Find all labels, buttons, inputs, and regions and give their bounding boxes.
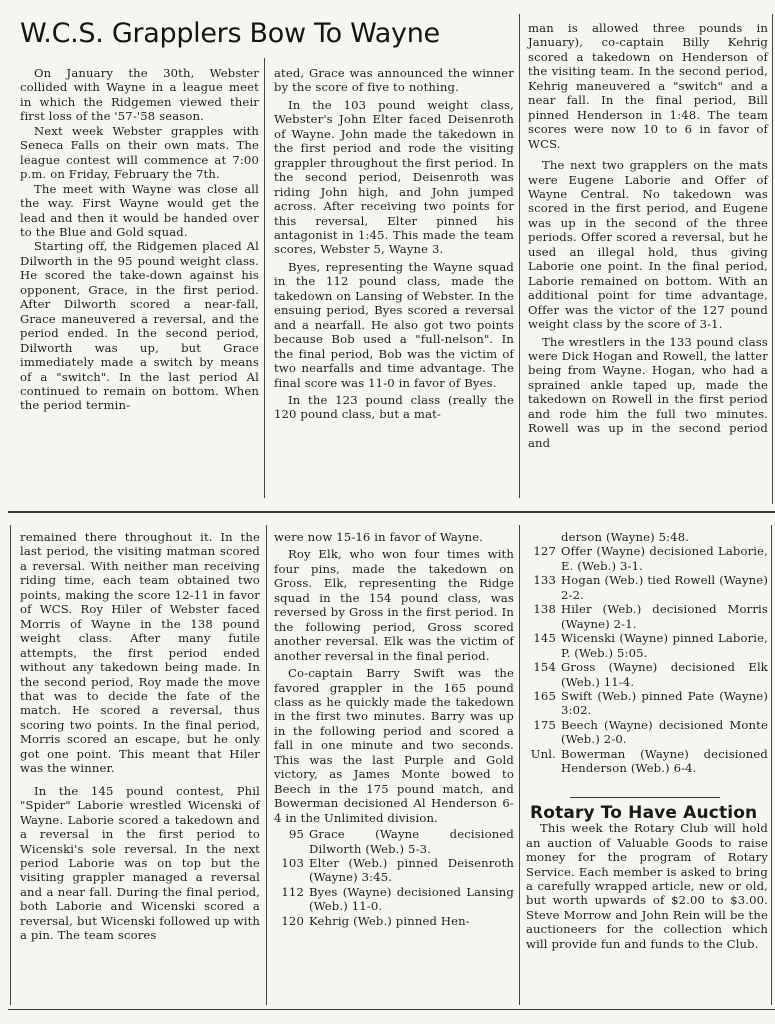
paragraph: The wrestlers in the 133 pound class wer… [528, 335, 768, 451]
result-row: 138Hiler (Web.) decisioned Morris (Wayne… [526, 602, 768, 631]
weight-class: 175 [526, 718, 561, 747]
column-divider [266, 525, 267, 1005]
paragraph: man is allowed three pounds in January),… [528, 21, 768, 151]
results-continuation: derson (Wayne) 5:48. [526, 530, 768, 544]
result-text: Grace (Wayne decisioned Dilworth (Web.) … [309, 827, 514, 856]
result-text: Hiler (Web.) decisioned Morris (Wayne) 2… [561, 602, 768, 631]
result-text: Elter (Web.) pinned Deisenroth (Wayne) 3… [309, 856, 514, 885]
paragraph: ated, Grace was announced the winner by … [274, 66, 514, 95]
paragraph: were now 15-16 in favor of Wayne. [274, 530, 514, 544]
result-row: 154Gross (Wayne) decisioned Elk (Web.) 1… [526, 660, 768, 689]
result-text: Hogan (Web.) tied Rowell (Wayne) 2-2. [561, 573, 768, 602]
result-text: Beech (Wayne) decisioned Monte (Web.) 2-… [561, 718, 768, 747]
paragraph: Starting off, the Ridgemen placed Al Dil… [20, 239, 259, 412]
result-row: Unl.Bowerman (Wayne) decisioned Henderso… [526, 747, 768, 776]
paragraph: The meet with Wayne was close all the wa… [20, 182, 259, 240]
paragraph: Co-captain Barry Swift was the favored g… [274, 666, 514, 825]
result-text: Offer (Wayne) decisioned Laborie, E. (We… [561, 544, 768, 573]
column-divider [519, 525, 520, 1005]
paragraph: On January the 30th, Webster collided wi… [20, 66, 259, 124]
weight-class: 165 [526, 689, 561, 718]
result-text: Gross (Wayne) decisioned Elk (Web.) 11-4… [561, 660, 768, 689]
article-column-top-3: man is allowed three pounds in January),… [528, 21, 768, 450]
result-row: 103Elter (Web.) pinned Deisenroth (Wayne… [274, 856, 514, 885]
paragraph: In the 123 pound class (really the 120 p… [274, 393, 514, 422]
results-list: 127Offer (Wayne) decisioned Laborie, E. … [526, 544, 768, 775]
result-text: Bowerman (Wayne) decisioned Henderson (W… [561, 747, 768, 776]
article-column-bottom-2: were now 15-16 in favor of Wayne. Roy El… [274, 530, 514, 928]
result-row: 120Kehrig (Web.) pinned Hen- [274, 914, 514, 928]
paragraph: In the 145 pound contest, Phil "Spider" … [20, 784, 260, 943]
article-column-bottom-1: remained there throughout it. In the las… [20, 530, 260, 943]
column-divider [264, 58, 265, 498]
paragraph: In the 103 pound weight class, Webster's… [274, 98, 514, 257]
weight-class: 112 [274, 885, 309, 914]
paragraph: Next week Webster grapples with Seneca F… [20, 124, 259, 182]
results-list: 95Grace (Wayne decisioned Dilworth (Web.… [274, 827, 514, 928]
weight-class: 95 [274, 827, 309, 856]
result-text: Kehrig (Web.) pinned Hen- [309, 914, 514, 928]
article-column-top-1: On January the 30th, Webster collided wi… [20, 66, 259, 413]
result-text: Swift (Web.) pinned Pate (Wayne) 3:02. [561, 689, 768, 718]
paragraph: remained there throughout it. In the las… [20, 530, 260, 776]
bottom-rule [8, 1009, 775, 1010]
paragraph: Byes, representing the Wayne squad in th… [274, 260, 514, 390]
weight-class: 120 [274, 914, 309, 928]
result-row: 127Offer (Wayne) decisioned Laborie, E. … [526, 544, 768, 573]
sidebar-headline: Rotary To Have Auction [530, 806, 768, 820]
sidebar-body: This week the Rotary Club will hold an a… [526, 821, 768, 951]
result-row: 145Wicenski (Wayne) pinned Laborie, P. (… [526, 631, 768, 660]
column-divider [519, 14, 520, 498]
page-edge-rule [772, 14, 773, 504]
newspaper-page: W.C.S. Grapplers Bow To Wayne On January… [0, 0, 775, 1024]
result-row: 165Swift (Web.) pinned Pate (Wayne) 3:02… [526, 689, 768, 718]
weight-class: Unl. [526, 747, 561, 776]
article-headline: W.C.S. Grapplers Bow To Wayne [20, 18, 440, 49]
result-row: 133Hogan (Web.) tied Rowell (Wayne) 2-2. [526, 573, 768, 602]
weight-class: 103 [274, 856, 309, 885]
weight-class: 138 [526, 602, 561, 631]
result-row: 112Byes (Wayne) decisioned Lansing (Web.… [274, 885, 514, 914]
article-column-bottom-3: derson (Wayne) 5:48. 127Offer (Wayne) de… [526, 530, 768, 951]
article-column-top-2: ated, Grace was announced the winner by … [274, 66, 514, 422]
paragraph: The next two grapplers on the mats were … [528, 158, 768, 331]
result-text: Byes (Wayne) decisioned Lansing (Web.) 1… [309, 885, 514, 914]
page-edge-rule [771, 525, 772, 1005]
weight-class: 145 [526, 631, 561, 660]
section-divider [8, 511, 775, 513]
result-row: 95Grace (Wayne decisioned Dilworth (Web.… [274, 827, 514, 856]
weight-class: 133 [526, 573, 561, 602]
weight-class: 127 [526, 544, 561, 573]
page-edge-rule [10, 525, 11, 1005]
result-text: Wicenski (Wayne) pinned Laborie, P. (Web… [561, 631, 768, 660]
weight-class: 154 [526, 660, 561, 689]
paragraph: Roy Elk, who won four times with four pi… [274, 547, 514, 663]
result-row: 175Beech (Wayne) decisioned Monte (Web.)… [526, 718, 768, 747]
